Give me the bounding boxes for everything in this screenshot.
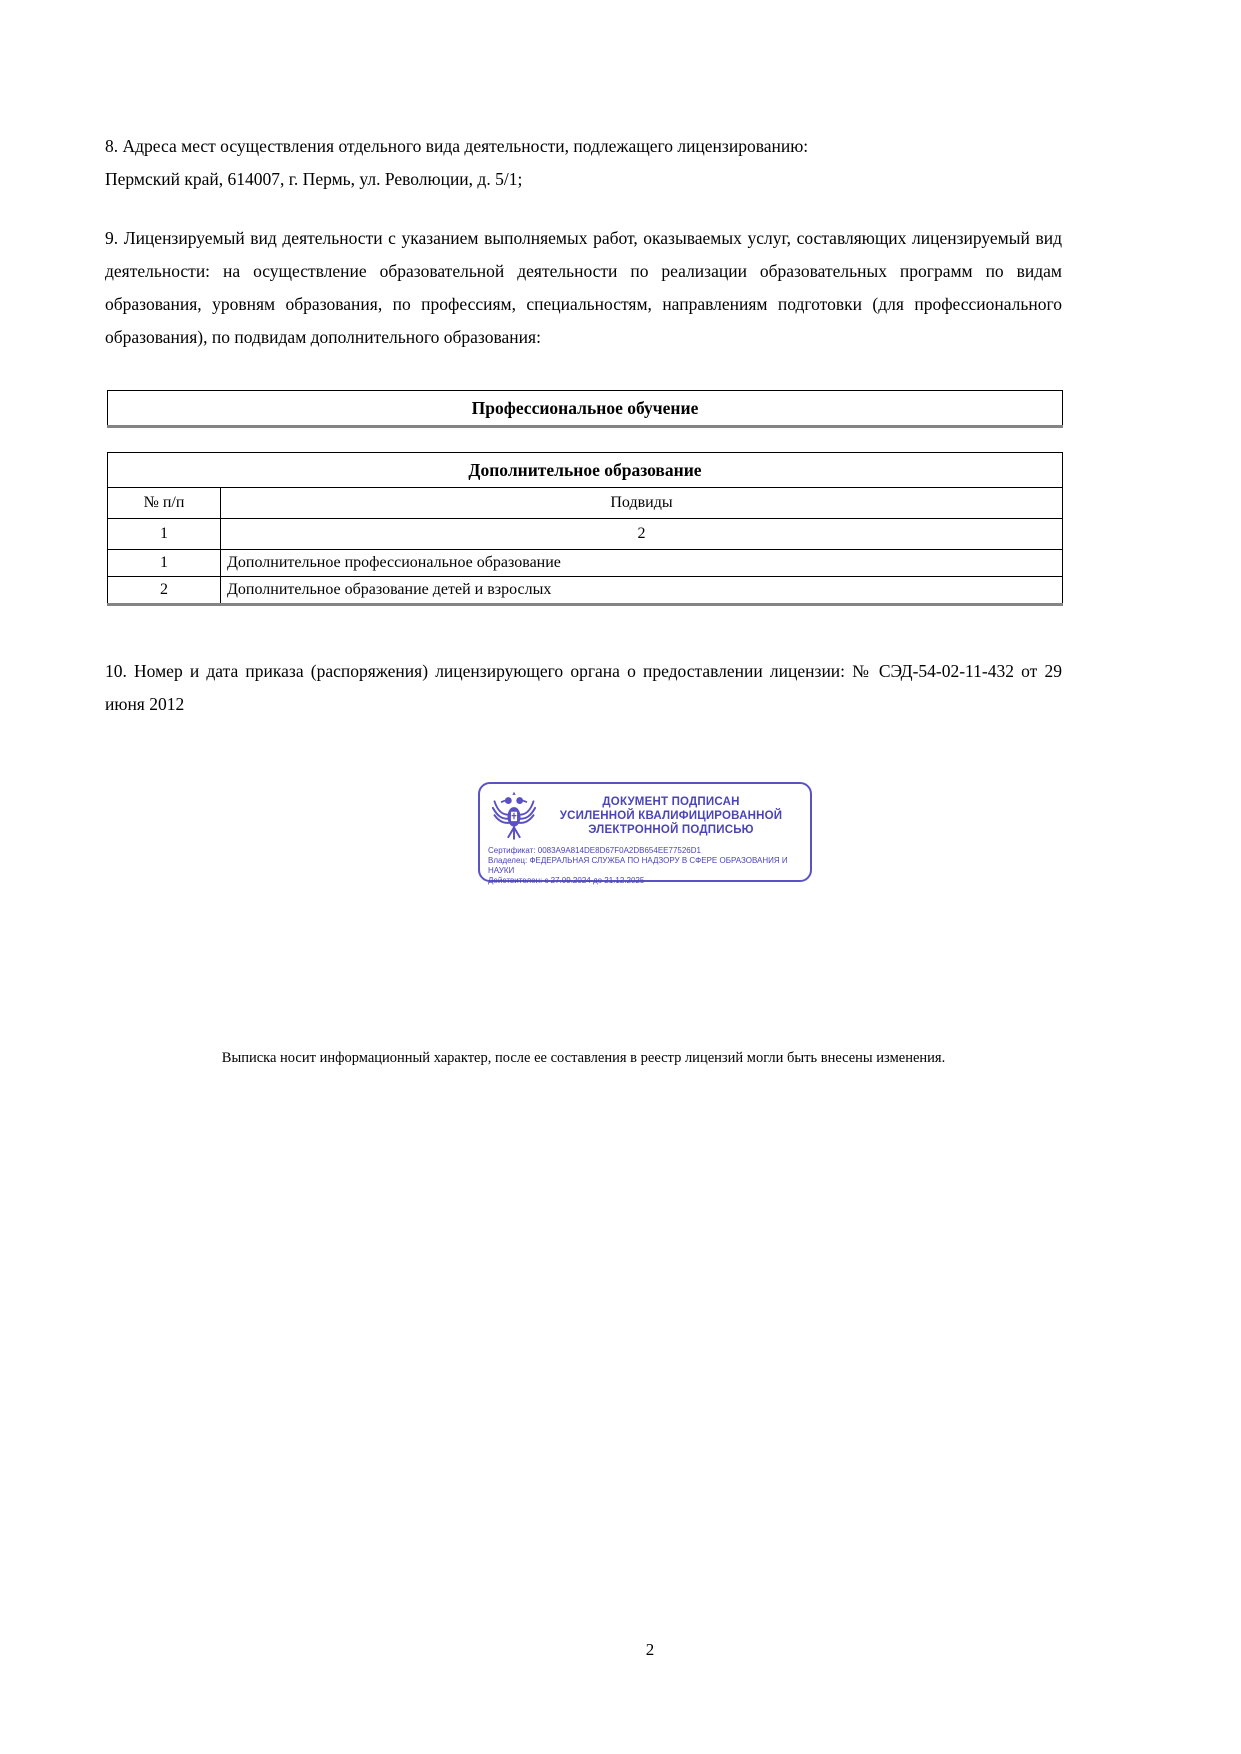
digital-signature-stamp: ДОКУМЕНТ ПОДПИСАН УСИЛЕННОЙ КВАЛИФИЦИРОВ… [478,782,812,882]
column-number-1: 1 [108,519,221,550]
stamp-owner: Владелец: ФЕДЕРАЛЬНАЯ СЛУЖБА ПО НАДЗОРУ … [488,856,802,876]
table-row: 1 Дополнительное профессиональное образо… [108,550,1063,577]
paragraph-8-line1: 8. Адреса мест осуществления отдельного … [105,130,1062,163]
stamp-header: ДОКУМЕНТ ПОДПИСАН УСИЛЕННОЙ КВАЛИФИЦИРОВ… [488,790,802,842]
document-page: { "para8": { "line1": "8. Адреса мест ос… [0,0,1241,1754]
column-header-num: № п/п [108,488,221,519]
paragraph-8-addresses: 8. Адреса мест осуществления отдельного … [105,130,1062,196]
table-additional-education: Дополнительное образование № п/п Подвиды… [107,452,1063,606]
paragraph-9-activity: 9. Лицензируемый вид деятельности с указ… [105,222,1062,354]
column-number-2: 2 [221,519,1063,550]
column-header-subtypes: Подвиды [221,488,1063,519]
stamp-title-line2: УСИЛЕННОЙ КВАЛИФИЦИРОВАННОЙ [540,809,802,823]
stamp-validity: Действителен: с 27.09.2024 до 21.12.2025 [488,876,802,886]
double-headed-eagle-icon [488,790,540,842]
paragraph-8-address: Пермский край, 614007, г. Пермь, ул. Рев… [105,163,1062,196]
stamp-title-line1: ДОКУМЕНТ ПОДПИСАН [540,795,802,809]
row-1-name: Дополнительное профессиональное образова… [221,550,1063,577]
row-2-num: 2 [108,577,221,605]
stamp-title: ДОКУМЕНТ ПОДПИСАН УСИЛЕННОЙ КВАЛИФИЦИРОВ… [540,795,802,837]
stamp-details: Сертификат: 0083A9A814DE8D67F0A2DB654EE7… [488,846,802,886]
footer-note: Выписка носит информационный характер, п… [105,1050,1062,1067]
table-row: 2 Дополнительное образование детей и взр… [108,577,1063,605]
table-professional-training: Профессиональное обучение [107,390,1063,428]
row-1-num: 1 [108,550,221,577]
table-title-row: Дополнительное образование [108,453,1063,488]
page-number: 2 [105,1640,1195,1660]
paragraph-10-order: 10. Номер и дата приказа (распоряжения) … [105,655,1062,721]
table-header-row: № п/п Подвиды [108,488,1063,519]
table-row: Профессиональное обучение [108,391,1063,427]
stamp-certificate: Сертификат: 0083A9A814DE8D67F0A2DB654EE7… [488,846,802,856]
row-2-name: Дополнительное образование детей и взрос… [221,577,1063,605]
table-additional-title: Дополнительное образование [108,453,1063,488]
stamp-title-line3: ЭЛЕКТРОННОЙ ПОДПИСЬЮ [540,823,802,837]
table-colnum-row: 1 2 [108,519,1063,550]
table-professional-title: Профессиональное обучение [108,391,1063,427]
